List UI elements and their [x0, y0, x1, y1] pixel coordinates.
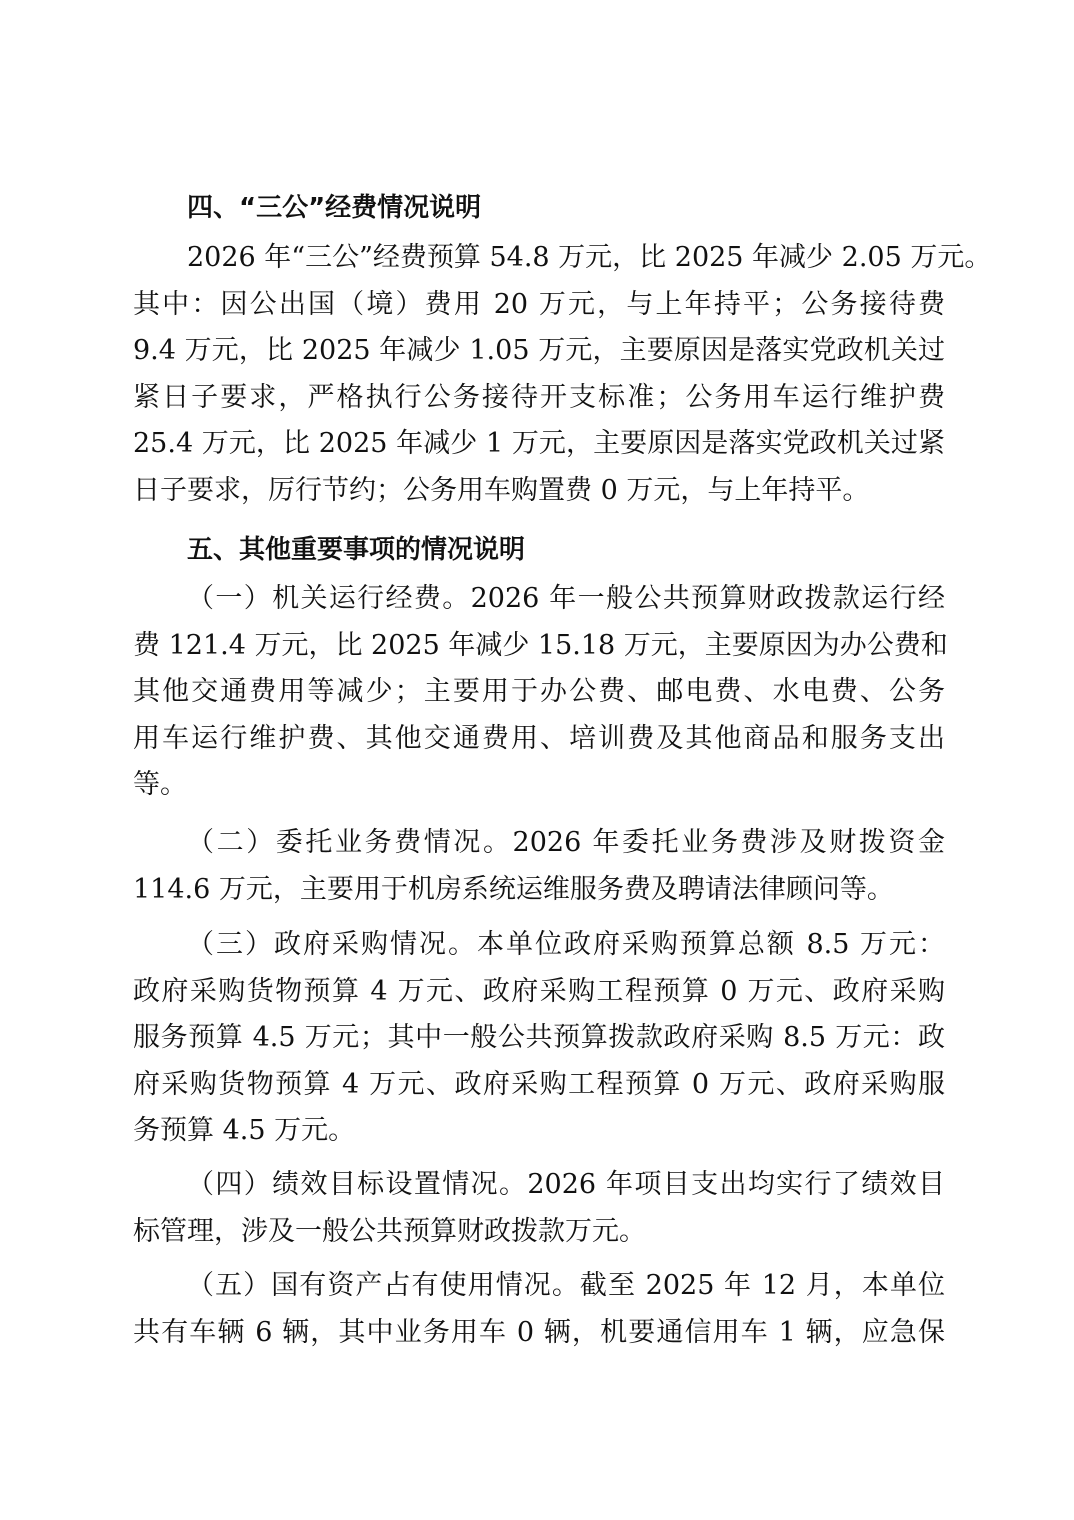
paragraph-line: 等。: [133, 765, 945, 805]
paragraph-line: 共有车辆 6 辆，其中业务用车 0 辆，机要通信用车 1 辆，应急保: [133, 1313, 945, 1353]
paragraph-line: （二）委托业务费情况。2026 年委托业务费涉及财拨资金: [187, 823, 945, 863]
paragraph-line: 9.4 万元，比 2025 年减少 1.05 万元，主要原因是落实党政机关过: [133, 331, 945, 371]
paragraph-line: （一）机关运行经费。2026 年一般公共预算财政拨款运行经: [187, 579, 945, 619]
paragraph-line: 政府采购货物预算 4 万元、政府采购工程预算 0 万元、政府采购: [133, 972, 945, 1012]
paragraph-line: （三）政府采购情况。本单位政府采购预算总额 8.5 万元：: [187, 925, 945, 965]
paragraph-line: （四）绩效目标设置情况。2026 年项目支出均实行了绩效目: [187, 1165, 945, 1205]
paragraph-line: 其中：因公出国（境）费用 20 万元，与上年持平；公务接待费: [133, 285, 945, 325]
document-page: 四、“三公”经费情况说明 2026 年“三公”经费预算 54.8 万元，比 20…: [0, 0, 1074, 1520]
paragraph-line: 25.4 万元，比 2025 年减少 1 万元，主要原因是落实党政机关过紧: [133, 424, 945, 464]
paragraph-line: 紧日子要求，严格执行公务接待开支标准；公务用车运行维护费: [133, 378, 945, 418]
paragraph-line: 日子要求，厉行节约；公务用车购置费 0 万元，与上年持平。: [133, 471, 945, 511]
paragraph-line: 标管理，涉及一般公共预算财政拨款万元。: [133, 1212, 945, 1252]
paragraph-line: 务预算 4.5 万元。: [133, 1111, 945, 1151]
paragraph-line: 府采购货物预算 4 万元、政府采购工程预算 0 万元、政府采购服: [133, 1065, 945, 1105]
section-heading-san-gong: 四、“三公”经费情况说明: [187, 188, 945, 228]
paragraph-line: 其他交通费用等减少；主要用于办公费、邮电费、水电费、公务: [133, 672, 945, 712]
paragraph-line: 2026 年“三公”经费预算 54.8 万元，比 2025 年减少 2.05 万…: [187, 238, 945, 278]
paragraph-line: 费 121.4 万元，比 2025 年减少 15.18 万元，主要原因为办公费和: [133, 626, 945, 666]
section-heading-other-matters: 五、其他重要事项的情况说明: [187, 530, 945, 570]
paragraph-line: 服务预算 4.5 万元；其中一般公共预算拨款政府采购 8.5 万元：政: [133, 1018, 945, 1058]
paragraph-line: 114.6 万元，主要用于机房系统运维服务费及聘请法律顾问等。: [133, 870, 945, 910]
paragraph-line: （五）国有资产占有使用情况。截至 2025 年 12 月，本单位: [187, 1266, 945, 1306]
paragraph-line: 用车运行维护费、其他交通费用、培训费及其他商品和服务支出: [133, 719, 945, 759]
